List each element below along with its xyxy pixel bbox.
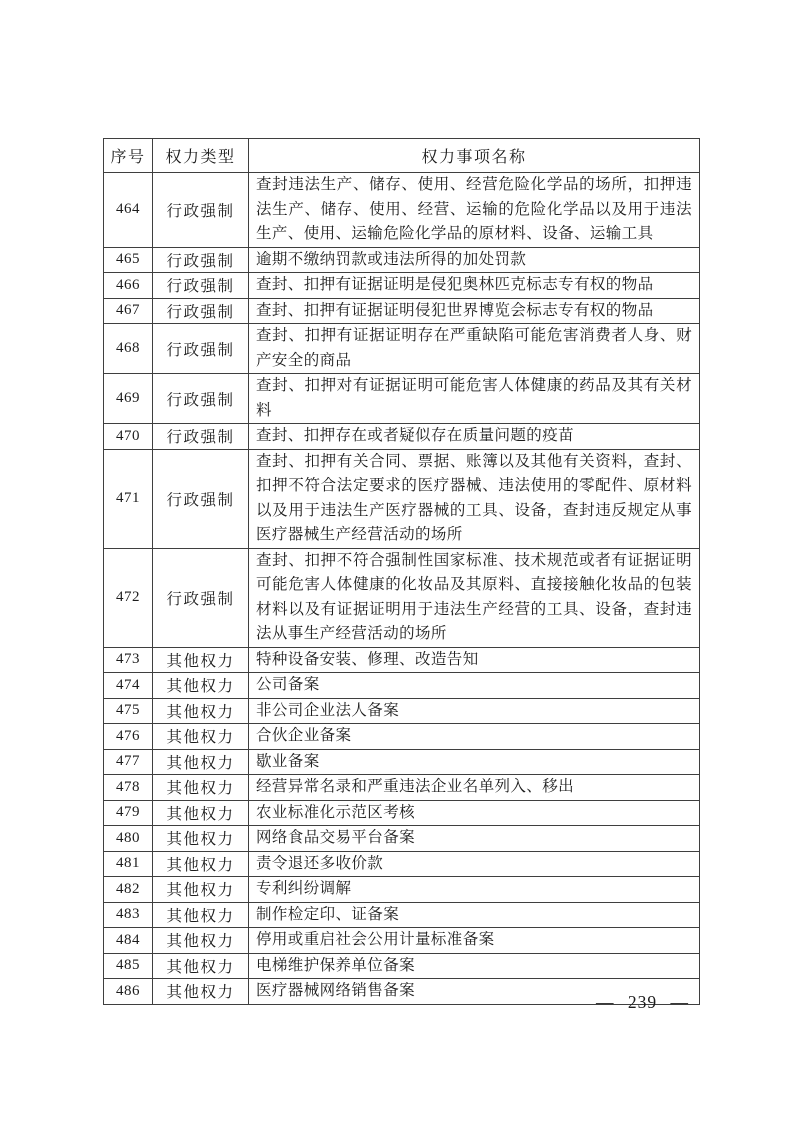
cell-power-item-name: 歇业备案 (249, 749, 700, 775)
cell-power-type: 其他权力 (153, 877, 249, 903)
cell-power-item-name: 查封、扣押有证据证明是侵犯奥林匹克标志专有权的物品 (249, 273, 700, 299)
cell-power-type: 其他权力 (153, 749, 249, 775)
document-page: 序号 权力类型 权力事项名称 464 行政强制 查封违法生产、储存、使用、经营危… (0, 0, 793, 1122)
header-power-item-name: 权力事项名称 (249, 139, 700, 173)
table-row: 468 行政强制 查封、扣押有证据证明存在严重缺陷可能危害消费者人身、财产安全的… (104, 324, 700, 374)
table-row: 465 行政强制 逾期不缴纳罚款或违法所得的加处罚款 (104, 247, 700, 273)
cell-power-type: 行政强制 (153, 247, 249, 273)
cell-power-item-name: 逾期不缴纳罚款或违法所得的加处罚款 (249, 247, 700, 273)
cell-power-item-name: 查封、扣押有证据证明存在严重缺陷可能危害消费者人身、财产安全的商品 (249, 324, 700, 374)
cell-power-type: 其他权力 (153, 775, 249, 801)
table-row: 464 行政强制 查封违法生产、储存、使用、经营危险化学品的场所，扣押违法生产、… (104, 173, 700, 248)
table-row: 480 其他权力 网络食品交易平台备案 (104, 826, 700, 852)
cell-serial-number: 486 (104, 979, 153, 1005)
cell-power-item-name: 查封、扣押有证据证明侵犯世界博览会标志专有权的物品 (249, 298, 700, 324)
table-row: 483 其他权力 制作检定印、证备案 (104, 902, 700, 928)
cell-serial-number: 471 (104, 449, 153, 548)
header-serial-number: 序号 (104, 139, 153, 173)
cell-serial-number: 484 (104, 928, 153, 954)
cell-power-type: 其他权力 (153, 928, 249, 954)
cell-power-type: 其他权力 (153, 800, 249, 826)
table-row: 472 行政强制 查封、扣押不符合强制性国家标准、技术规范或者有证据证明可能危害… (104, 548, 700, 647)
cell-power-type: 其他权力 (153, 698, 249, 724)
cell-serial-number: 466 (104, 273, 153, 299)
table-row: 469 行政强制 查封、扣押对有证据证明可能危害人体健康的药品及其有关材料 (104, 374, 700, 424)
table-row: 479 其他权力 农业标准化示范区考核 (104, 800, 700, 826)
cell-power-type: 其他权力 (153, 724, 249, 750)
table-row: 482 其他权力 专利纠纷调解 (104, 877, 700, 903)
cell-power-type: 行政强制 (153, 273, 249, 299)
cell-power-item-name: 非公司企业法人备案 (249, 698, 700, 724)
cell-serial-number: 477 (104, 749, 153, 775)
cell-power-item-name: 停用或重启社会公用计量标准备案 (249, 928, 700, 954)
cell-power-item-name: 经营异常名录和严重违法企业名单列入、移出 (249, 775, 700, 801)
cell-serial-number: 470 (104, 424, 153, 450)
cell-serial-number: 478 (104, 775, 153, 801)
cell-power-type: 其他权力 (153, 902, 249, 928)
power-items-table: 序号 权力类型 权力事项名称 464 行政强制 查封违法生产、储存、使用、经营危… (103, 138, 700, 1005)
cell-power-type: 行政强制 (153, 173, 249, 248)
cell-power-type: 行政强制 (153, 374, 249, 424)
cell-serial-number: 479 (104, 800, 153, 826)
table-row: 481 其他权力 责令退还多收价款 (104, 851, 700, 877)
table-row: 467 行政强制 查封、扣押有证据证明侵犯世界博览会标志专有权的物品 (104, 298, 700, 324)
header-power-type: 权力类型 (153, 139, 249, 173)
cell-power-item-name: 查封、扣押有关合同、票据、账簿以及其他有关资料，查封、扣押不符合法定要求的医疗器… (249, 449, 700, 548)
cell-serial-number: 475 (104, 698, 153, 724)
cell-power-type: 其他权力 (153, 826, 249, 852)
cell-power-type: 其他权力 (153, 851, 249, 877)
cell-power-item-name: 网络食品交易平台备案 (249, 826, 700, 852)
cell-power-type: 行政强制 (153, 548, 249, 647)
cell-power-item-name: 电梯维护保养单位备案 (249, 953, 700, 979)
cell-power-item-name: 合伙企业备案 (249, 724, 700, 750)
page-number: — 239 — (596, 992, 689, 1013)
cell-power-type: 其他权力 (153, 953, 249, 979)
cell-serial-number: 472 (104, 548, 153, 647)
cell-power-type: 行政强制 (153, 424, 249, 450)
cell-serial-number: 465 (104, 247, 153, 273)
table-row: 466 行政强制 查封、扣押有证据证明是侵犯奥林匹克标志专有权的物品 (104, 273, 700, 299)
cell-power-item-name: 农业标准化示范区考核 (249, 800, 700, 826)
cell-serial-number: 480 (104, 826, 153, 852)
cell-serial-number: 474 (104, 673, 153, 699)
cell-serial-number: 473 (104, 647, 153, 673)
cell-power-item-name: 公司备案 (249, 673, 700, 699)
table-row: 475 其他权力 非公司企业法人备案 (104, 698, 700, 724)
cell-serial-number: 482 (104, 877, 153, 903)
cell-serial-number: 476 (104, 724, 153, 750)
cell-serial-number: 483 (104, 902, 153, 928)
cell-serial-number: 485 (104, 953, 153, 979)
cell-power-item-name: 制作检定印、证备案 (249, 902, 700, 928)
cell-power-item-name: 查封、扣押对有证据证明可能危害人体健康的药品及其有关材料 (249, 374, 700, 424)
cell-power-item-name: 特种设备安装、修理、改造告知 (249, 647, 700, 673)
table-row: 471 行政强制 查封、扣押有关合同、票据、账簿以及其他有关资料，查封、扣押不符… (104, 449, 700, 548)
table-row: 477 其他权力 歇业备案 (104, 749, 700, 775)
cell-power-item-name: 专利纠纷调解 (249, 877, 700, 903)
cell-power-item-name: 查封违法生产、储存、使用、经营危险化学品的场所，扣押违法生产、储存、使用、经营、… (249, 173, 700, 248)
cell-power-item-name: 责令退还多收价款 (249, 851, 700, 877)
table-row: 474 其他权力 公司备案 (104, 673, 700, 699)
cell-serial-number: 481 (104, 851, 153, 877)
cell-serial-number: 464 (104, 173, 153, 248)
cell-power-type: 行政强制 (153, 324, 249, 374)
cell-serial-number: 467 (104, 298, 153, 324)
cell-power-item-name: 查封、扣押不符合强制性国家标准、技术规范或者有证据证明可能危害人体健康的化妆品及… (249, 548, 700, 647)
cell-power-type: 其他权力 (153, 673, 249, 699)
table-row: 476 其他权力 合伙企业备案 (104, 724, 700, 750)
cell-power-item-name: 查封、扣押存在或者疑似存在质量问题的疫苗 (249, 424, 700, 450)
cell-power-type: 行政强制 (153, 298, 249, 324)
cell-serial-number: 468 (104, 324, 153, 374)
table-row: 470 行政强制 查封、扣押存在或者疑似存在质量问题的疫苗 (104, 424, 700, 450)
cell-power-type: 其他权力 (153, 647, 249, 673)
cell-power-type: 其他权力 (153, 979, 249, 1005)
table-row: 485 其他权力 电梯维护保养单位备案 (104, 953, 700, 979)
cell-power-type: 行政强制 (153, 449, 249, 548)
cell-serial-number: 469 (104, 374, 153, 424)
table-row: 484 其他权力 停用或重启社会公用计量标准备案 (104, 928, 700, 954)
table-header-row: 序号 权力类型 权力事项名称 (104, 139, 700, 173)
table-row: 473 其他权力 特种设备安装、修理、改造告知 (104, 647, 700, 673)
table-row: 478 其他权力 经营异常名录和严重违法企业名单列入、移出 (104, 775, 700, 801)
